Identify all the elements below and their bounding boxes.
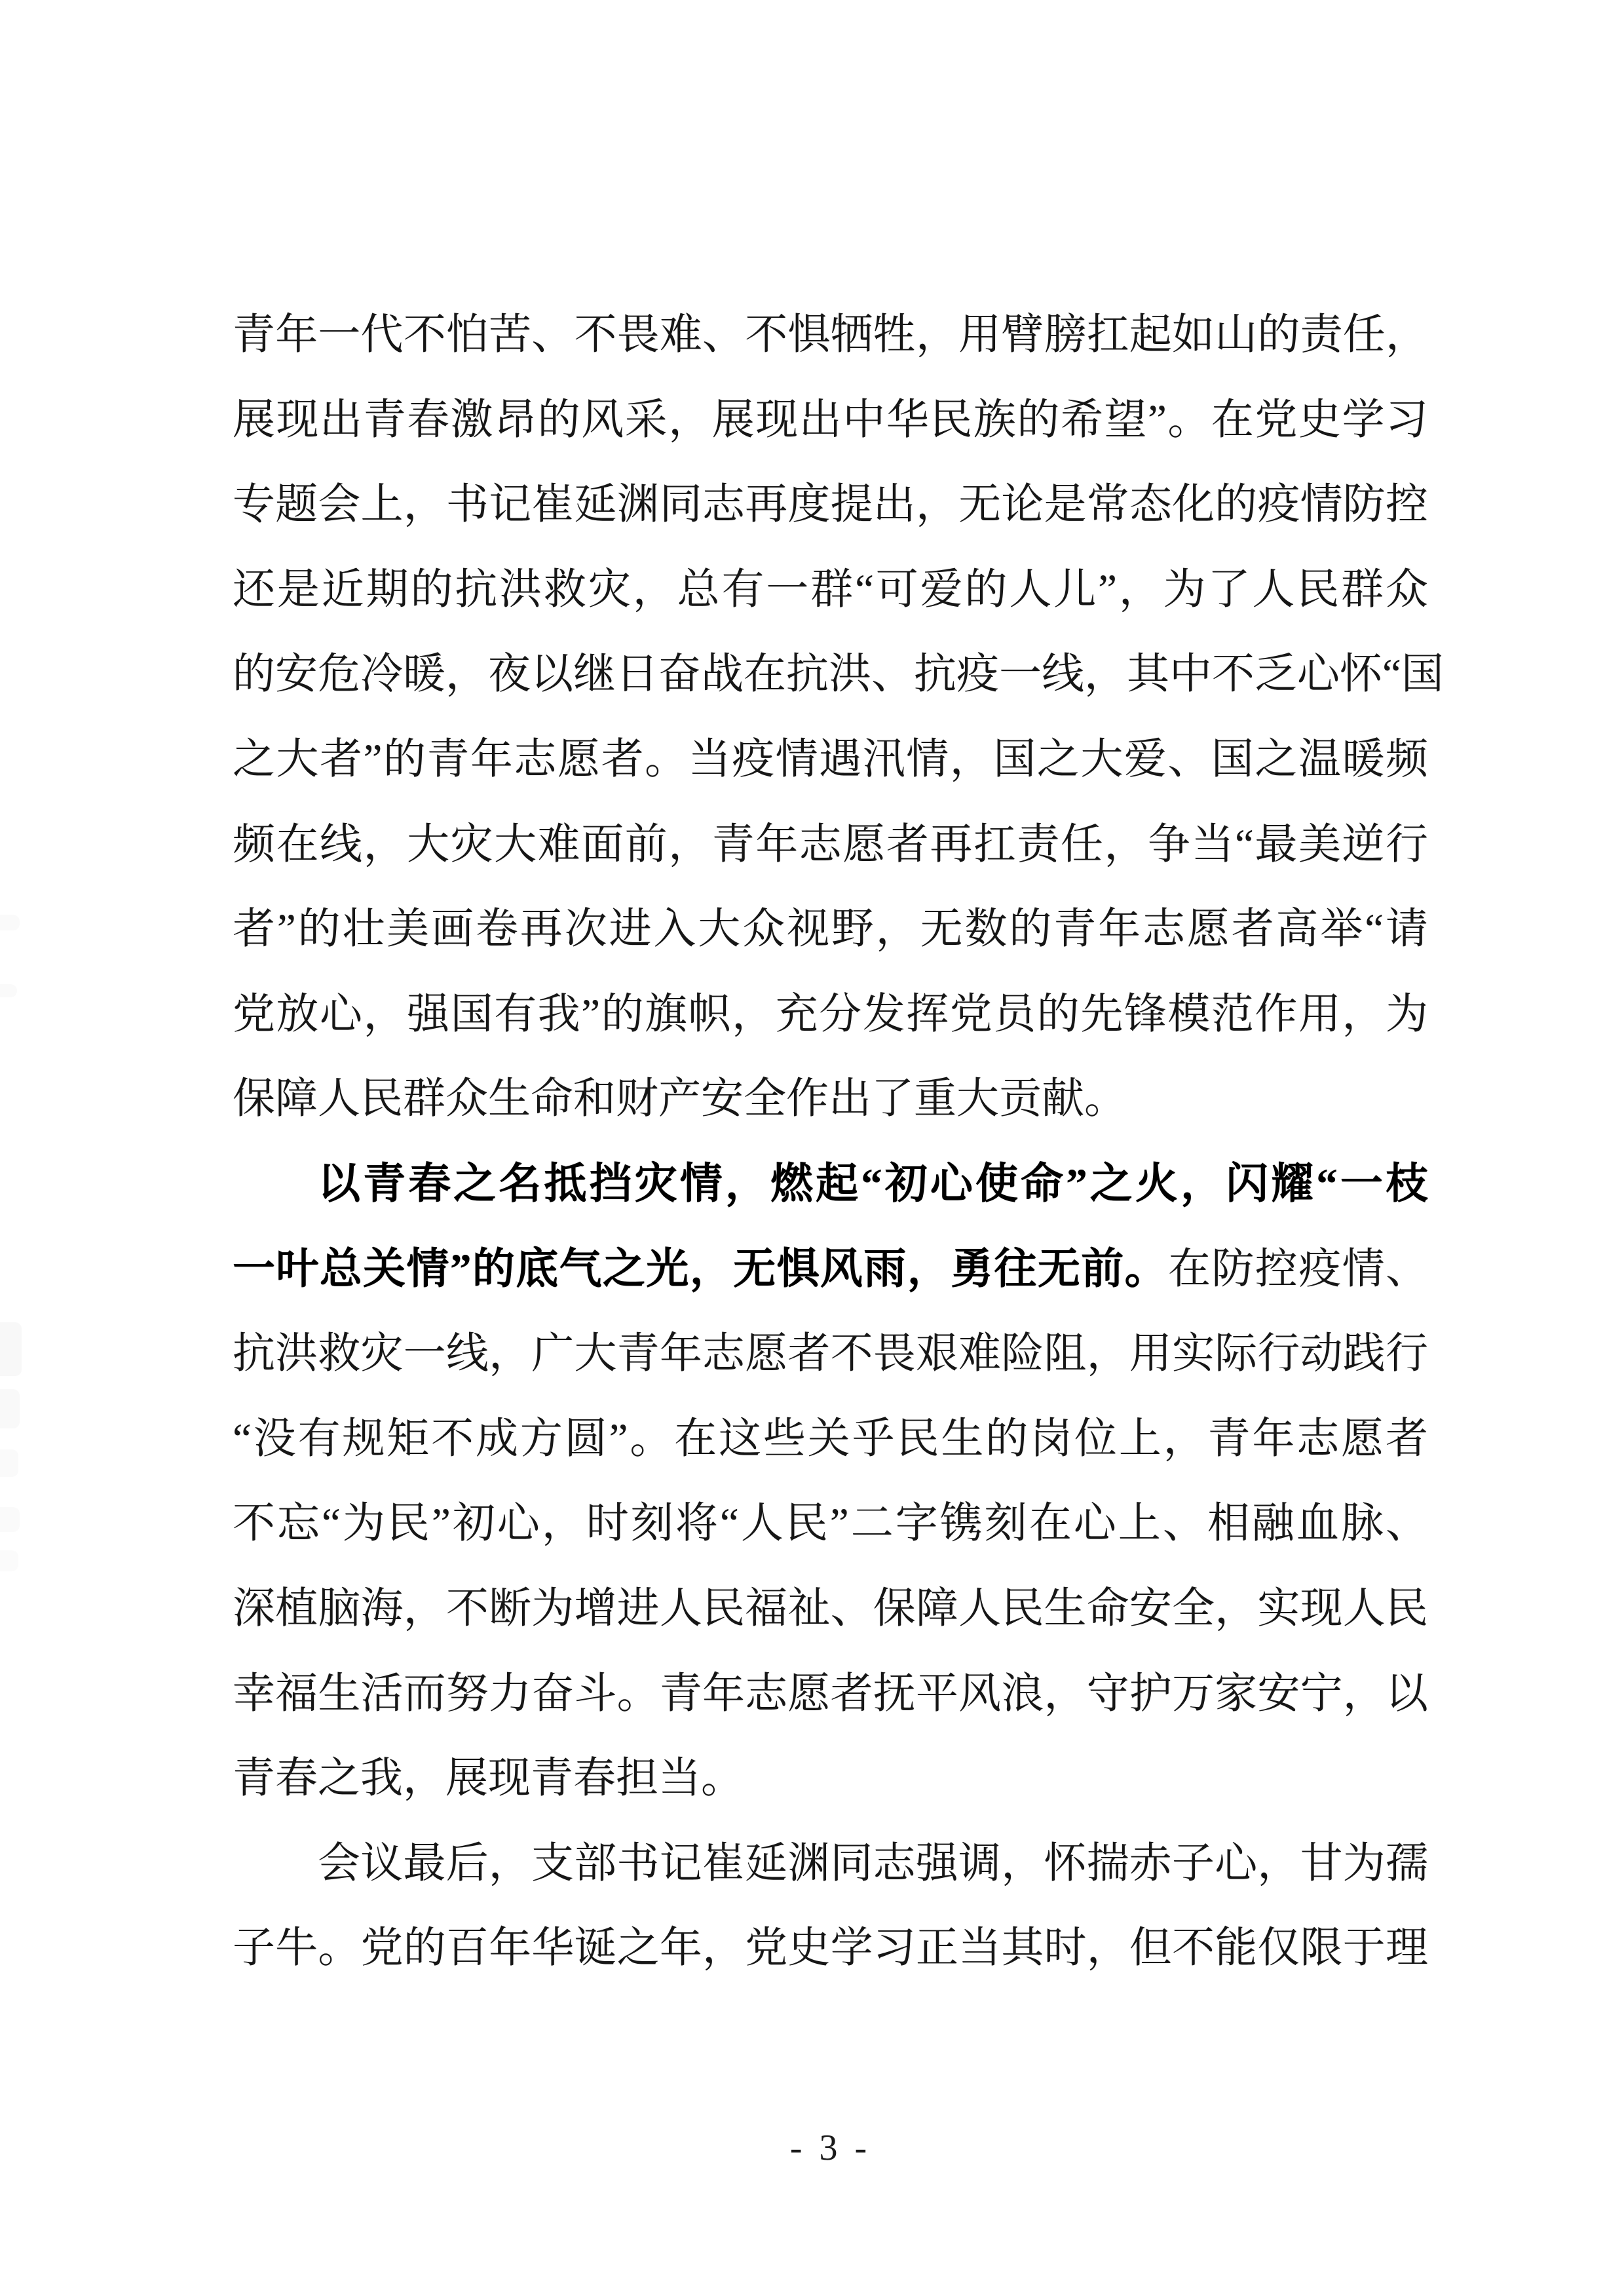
text-segment: 不忘“为民”初心，时刻将“人民”二字镌刻在心上、相融血脉、 — [233, 1500, 1428, 1547]
text-line: 子牛。党的百年华诞之年，党史学习正当其时，但不能仅限于理 — [233, 1906, 1428, 1991]
text-line: 党放心，强国有我”的旗帜，充分发挥党员的先锋模范作用，为 — [233, 972, 1428, 1058]
text-segment: 幸福生活而努力奋斗。青年志愿者抚平风浪，守护万家安宁，以 — [233, 1670, 1428, 1717]
page-number: - 3 - — [233, 2128, 1428, 2168]
scan-smudge — [0, 984, 17, 997]
text-line: 的安危冷暖，夜以继日奋战在抗洪、抗疫一线，其中不乏心怀“国 — [233, 632, 1428, 717]
text-line: 展现出青春激昂的风采，展现出中华民族的希望”。在党史学习 — [233, 378, 1428, 463]
scan-smudge — [0, 915, 20, 930]
text-line: 青年一代不怕苦、不畏难、不惧牺牲，用臂膀扛起如山的责任， — [233, 293, 1428, 378]
text-line: 幸福生活而努力奋斗。青年志愿者抚平风浪，守护万家安宁，以 — [233, 1652, 1428, 1737]
text-line: 不忘“为民”初心，时刻将“人民”二字镌刻在心上、相融血脉、 — [233, 1482, 1428, 1567]
text-line: “没有规矩不成方圆”。在这些关乎民生的岗位上，青年志愿者 — [233, 1397, 1428, 1482]
text-segment: 深植脑海，不断为增进人民福祉、保障人民生命安全，实现人民 — [233, 1585, 1428, 1632]
text-segment: 专题会上，书记崔延渊同志再度提出，无论是常态化的疫情防控 — [233, 481, 1428, 528]
page-number-label: - 3 - — [790, 2128, 871, 2168]
text-segment: 会议最后，支部书记崔延渊同志强调，怀揣赤子心，甘为孺 — [318, 1840, 1428, 1887]
text-segment: 还是近期的抗洪救灾，总有一群“可爱的人儿”，为了人民群众 — [233, 566, 1428, 613]
text-line: 还是近期的抗洪救灾，总有一群“可爱的人儿”，为了人民群众 — [233, 548, 1428, 633]
scan-smudge — [0, 1550, 18, 1571]
document-body: 青年一代不怕苦、不畏难、不惧牺牲，用臂膀扛起如山的责任， 展现出青春激昂的风采，… — [233, 293, 1428, 1991]
text-segment: 频在线，大灾大难面前，青年志愿者再扛责任，争当“最美逆行 — [233, 821, 1428, 868]
text-segment: 党放心，强国有我”的旗帜，充分发挥党员的先锋模范作用，为 — [233, 991, 1428, 1038]
emphasis-segment: 以青春之名抵挡灾情，燃起“初心使命”之火，闪耀“一枝 — [318, 1160, 1428, 1208]
emphasis-line: 一叶总关情”的底气之光，无惧风雨，勇往无前。在防控疫情、 — [233, 1227, 1428, 1312]
emphasis-line: 以青春之名抵挡灾情，燃起“初心使命”之火，闪耀“一枝 — [233, 1142, 1428, 1227]
text-segment: 在防控疫情、 — [1168, 1246, 1428, 1293]
text-line: 青春之我，展现青春担当。 — [233, 1736, 1428, 1822]
scan-smudge — [0, 1389, 20, 1428]
text-segment: “没有规矩不成方圆”。在这些关乎民生的岗位上，青年志愿者 — [233, 1415, 1428, 1463]
text-segment: 青年一代不怕苦、不畏难、不惧牺牲，用臂膀扛起如山的责任， — [233, 311, 1428, 358]
emphasis-segment: 一叶总关情”的底气之光，无惧风雨，勇往无前。 — [233, 1246, 1168, 1293]
text-line: 抗洪救灾一线，广大青年志愿者不畏艰难险阻，用实际行动践行 — [233, 1312, 1428, 1397]
text-line: 之大者”的青年志愿者。当疫情遇汛情，国之大爱、国之温暖频 — [233, 717, 1428, 803]
scan-smudge — [0, 1322, 22, 1376]
text-line: 深植脑海，不断为增进人民福祉、保障人民生命安全，实现人民 — [233, 1567, 1428, 1652]
text-line: 保障人民群众生命和财产安全作出了重大贡献。 — [233, 1057, 1428, 1142]
text-segment: 子牛。党的百年华诞之年，党史学习正当其时，但不能仅限于理 — [233, 1924, 1428, 1972]
text-segment: 青春之我，展现青春担当。 — [233, 1755, 744, 1802]
text-segment: 之大者”的青年志愿者。当疫情遇汛情，国之大爱、国之温暖频 — [233, 736, 1428, 783]
scan-smudge — [0, 1449, 18, 1477]
text-line: 者”的壮美画卷再次进入大众视野，无数的青年志愿者高举“请 — [233, 887, 1428, 972]
scan-smudge — [0, 1507, 20, 1532]
text-line: 专题会上，书记崔延渊同志再度提出，无论是常态化的疫情防控 — [233, 463, 1428, 548]
text-segment: 者”的壮美画卷再次进入大众视野，无数的青年志愿者高举“请 — [233, 906, 1428, 953]
text-line: 频在线，大灾大难面前，青年志愿者再扛责任，争当“最美逆行 — [233, 803, 1428, 888]
text-segment: 展现出青春激昂的风采，展现出中华民族的希望”。在党史学习 — [233, 396, 1428, 444]
text-segment: 的安危冷暖，夜以继日奋战在抗洪、抗疫一线，其中不乏心怀“国 — [233, 651, 1444, 698]
document-page: 青年一代不怕苦、不畏难、不惧牺牲，用臂膀扛起如山的责任， 展现出青春激昂的风采，… — [0, 0, 1624, 2296]
text-segment: 抗洪救灾一线，广大青年志愿者不畏艰难险阻，用实际行动践行 — [233, 1330, 1428, 1377]
text-line: 会议最后，支部书记崔延渊同志强调，怀揣赤子心，甘为孺 — [233, 1822, 1428, 1907]
text-segment: 保障人民群众生命和财产安全作出了重大贡献。 — [233, 1075, 1127, 1122]
